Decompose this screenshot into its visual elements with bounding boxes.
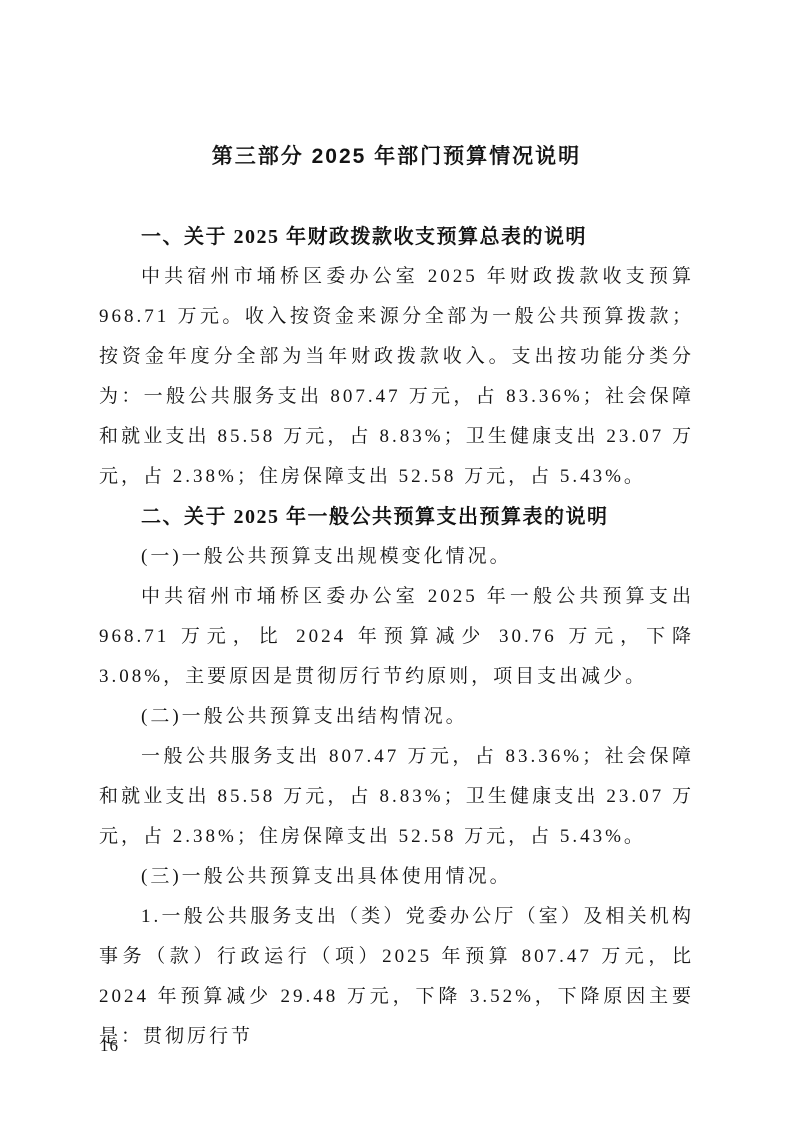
- section-2-subitem-1-title: (一)一般公共预算支出规模变化情况。: [99, 537, 694, 577]
- section-1-heading: 一、关于 2025 年财政拨款收支预算总表的说明: [99, 217, 694, 257]
- section-2-subitem-2-paragraph: 一般公共服务支出 807.47 万元，占 83.36%；社会保障和就业支出 85…: [99, 737, 694, 857]
- section-1-paragraph: 中共宿州市埇桥区委办公室 2025 年财政拨款收支预算 968.71 万元。收入…: [99, 257, 694, 497]
- part-title: 第三部分 2025 年部门预算情况说明: [99, 137, 694, 177]
- document-page: 第三部分 2025 年部门预算情况说明 一、关于 2025 年财政拨款收支预算总…: [0, 0, 793, 1122]
- section-2-subitem-3-paragraph: 1.一般公共服务支出（类）党委办公厅（室）及相关机构事务（款）行政运行（项）20…: [99, 897, 694, 1057]
- document-content: 第三部分 2025 年部门预算情况说明 一、关于 2025 年财政拨款收支预算总…: [99, 137, 694, 1057]
- section-2-subitem-2-title: (二)一般公共预算支出结构情况。: [99, 697, 694, 737]
- page-number: 16: [100, 1026, 119, 1066]
- section-2-subitem-1-paragraph: 中共宿州市埇桥区委办公室 2025 年一般公共预算支出 968.71 万元，比 …: [99, 577, 694, 697]
- section-2-heading: 二、关于 2025 年一般公共预算支出预算表的说明: [99, 497, 694, 537]
- section-2-subitem-3-title: (三)一般公共预算支出具体使用情况。: [99, 857, 694, 897]
